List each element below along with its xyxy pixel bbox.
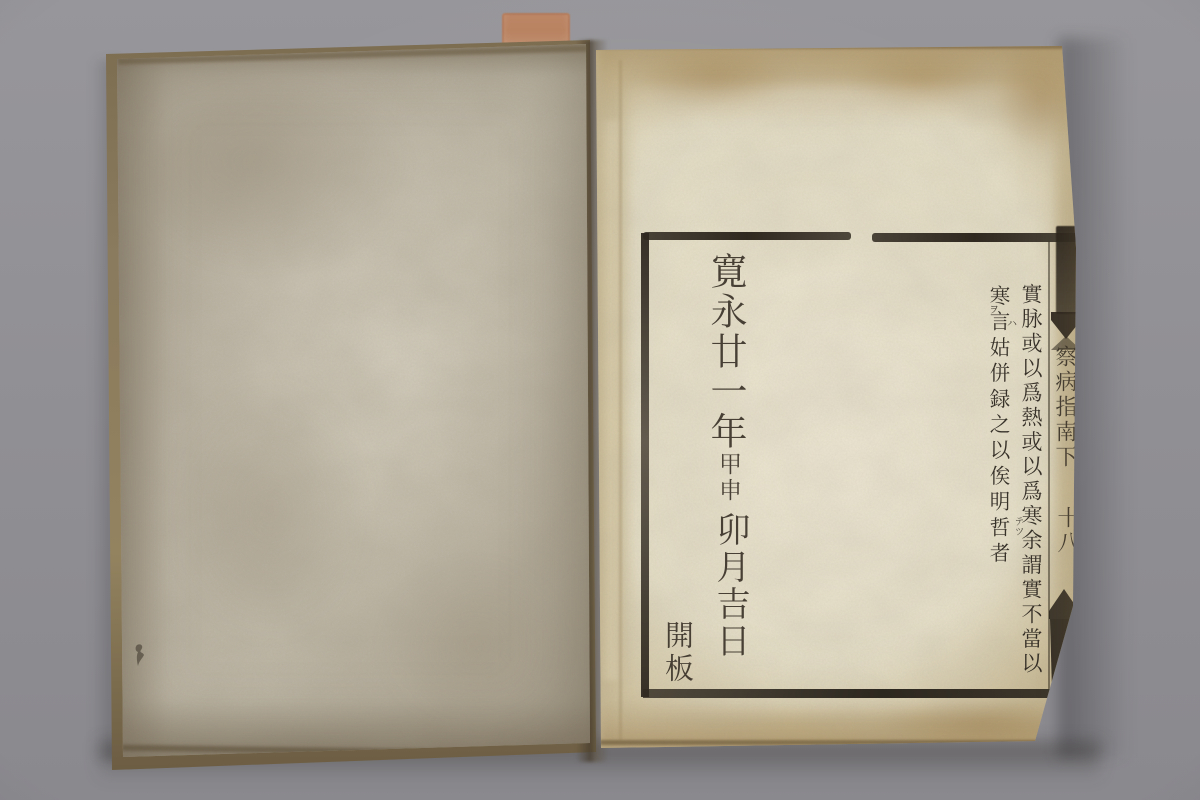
page-edge-shading: [590, 40, 1086, 754]
page-edge-shading: [100, 34, 600, 764]
photo-of-open-book: 察病指南下 十八 實脉或以爲熱或以爲寒余謂實不當以 寒言姑併録之以俟明哲者 ハ …: [0, 0, 1200, 800]
ink-mark: [131, 642, 153, 672]
page-top-edge: [594, 44, 1074, 49]
